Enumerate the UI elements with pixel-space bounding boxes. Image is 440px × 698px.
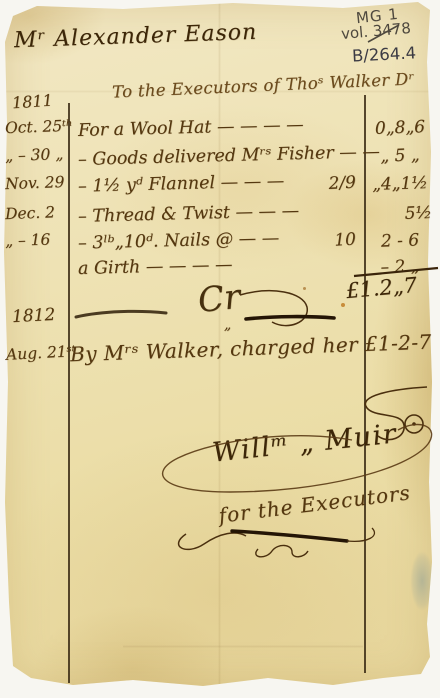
blue-ink-smudge — [403, 540, 435, 622]
entry-date: „ – 30 „ — [5, 145, 68, 165]
entry-rate: 10 — [300, 230, 357, 253]
entry-date: „ – 16 — [5, 230, 68, 250]
entry-description: a Girth — — — — — [78, 255, 233, 279]
entry-date: Dec. 2 — [5, 203, 68, 223]
entry-date: Nov. 29 — [5, 173, 68, 193]
credit-year: 1812 — [12, 305, 56, 327]
archival-reference-mark: B/264.4 — [352, 43, 417, 65]
entry-amount: 5½ — [368, 203, 433, 225]
entry-amount: „ 5 „ — [368, 145, 433, 167]
entry-rate: 2/9 — [300, 173, 357, 196]
entry-amount: „4„1½ — [368, 173, 433, 195]
entry-date: Oct. 25ᵗʰ — [5, 117, 68, 137]
debit-year: 1811 — [11, 91, 53, 113]
ink-speck — [303, 287, 306, 290]
bottom-wrinkle — [123, 645, 363, 648]
entry-amount: 2 - 6 — [368, 230, 433, 252]
photo-background: MG 1 vol. 3478 B/264.4 Mʳ Alexander Easo… — [0, 0, 440, 698]
entry-amount: 0„8„6 — [368, 117, 433, 139]
contra-ditto: „ — [224, 317, 231, 333]
ledger-rule-left — [68, 103, 70, 683]
credit-date: Aug. 21ˢᵗ — [6, 342, 77, 364]
ledger-rule-right — [364, 95, 366, 673]
contra-mark: Cr — [196, 277, 242, 321]
ink-speck — [341, 303, 345, 307]
